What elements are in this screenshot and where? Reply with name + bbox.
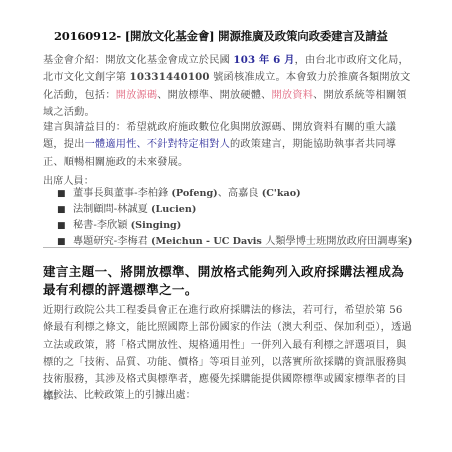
compare-note: 比較法、比較政策上的引據出處：: [43, 386, 196, 401]
purpose-highlight: 一體適用性、不針對特定相對人: [85, 139, 230, 150]
attendees-label: 出席人員：: [43, 172, 94, 187]
open-source-highlight: 開放源碼: [116, 90, 158, 101]
document-title: 20160912- [開放文化基金會] 開源推廣及政策向政委建言及請益: [54, 28, 414, 44]
open-data-highlight: 開放資料: [272, 90, 314, 101]
intro-paragraph: 基金會介紹：開放文化基金會成立於民國 103 年 6 月，由台北市政府文化局，北…: [43, 52, 413, 121]
horizontal-rule: [43, 247, 409, 248]
attendee-item: ■ 秘書-李欣穎 (Singing): [43, 218, 423, 234]
founding-date: 103 年 6 月: [233, 54, 294, 66]
bullet-icon: ■: [57, 186, 66, 202]
intro-prefix: 基金會介紹：開放文化基金會成立於民國: [43, 55, 233, 66]
intro-mid: 、開放標準、開放硬體、: [157, 90, 271, 101]
permit-number: 10331440100: [130, 71, 210, 83]
attendee-item: ■ 法制顧問-林誠夏 (Lucien): [43, 202, 423, 218]
bullet-icon: ■: [57, 202, 66, 218]
section-1-heading: 建言主題一、將開放標準、開放格式能夠列入政府採購法裡成為最有利標的評選標準之一。: [43, 263, 413, 299]
bullet-icon: ■: [57, 218, 66, 234]
attendee-list: ■ 董事長與董事-李柏鋒 (Pofeng)、高嘉良 (C'kao) ■ 法制顧問…: [43, 186, 423, 250]
attendee-item: ■ 董事長與董事-李柏鋒 (Pofeng)、高嘉良 (C'kao): [43, 186, 423, 202]
purpose-paragraph: 建言與請益目的：希望就政府施政數位化與開放源碼、開放資料有關的重大議題，提出一體…: [43, 119, 413, 171]
